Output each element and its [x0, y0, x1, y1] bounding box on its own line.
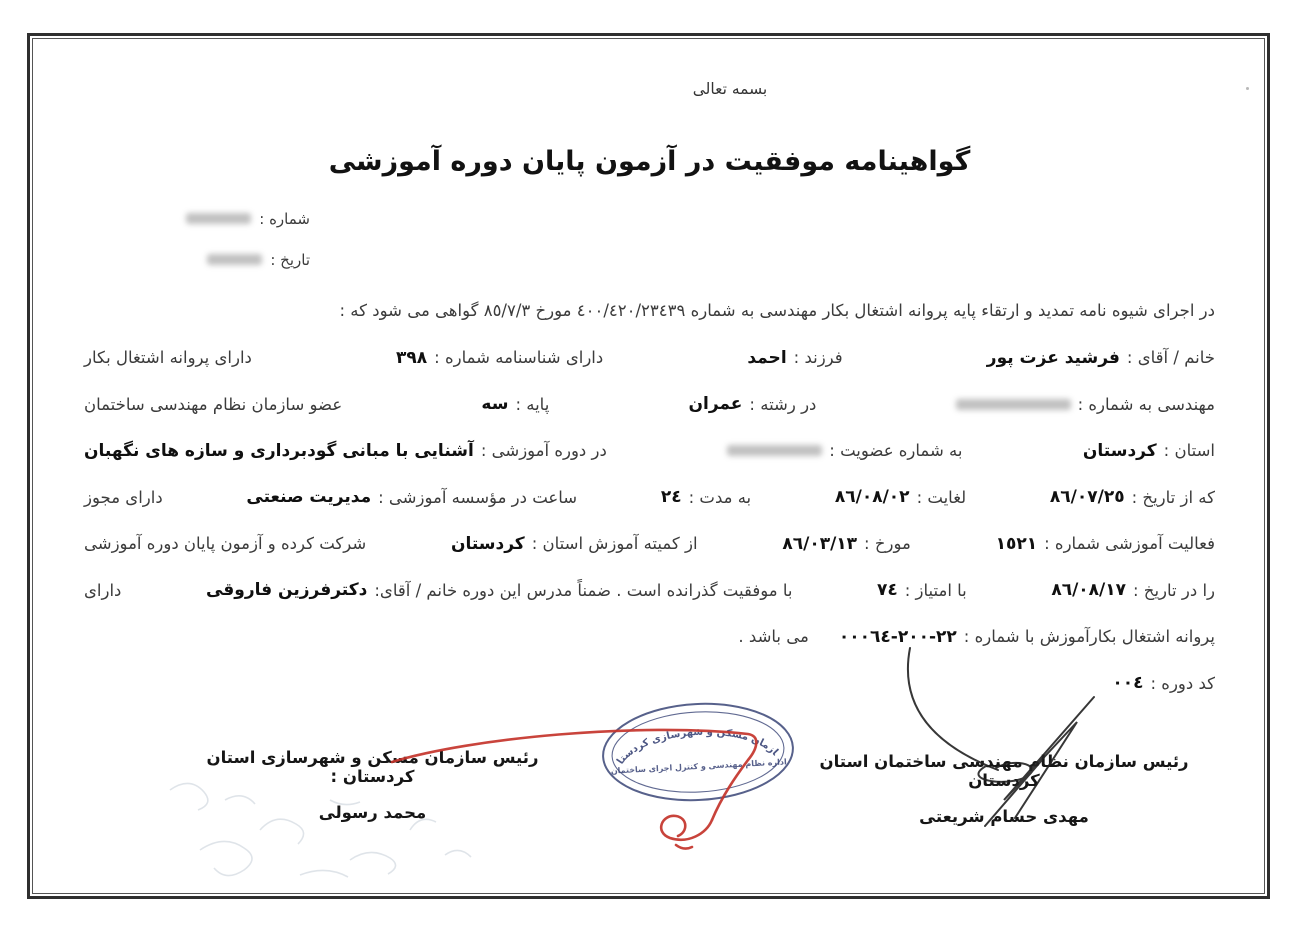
- instructor-tail-text: دارای: [84, 581, 121, 600]
- permit-intro-label: دارای مجوز: [84, 488, 163, 507]
- intro-line: در اجرای شیوه نامه تمدید و ارتقاء پایه پ…: [84, 288, 1215, 335]
- membership-field: به شماره عضویت :: [727, 441, 962, 460]
- institute-label: ساعت در مؤسسه آموزشی :: [378, 488, 577, 507]
- intro-pre: در اجرای شیوه نامه تمدید و ارتقاء پایه پ…: [691, 301, 1215, 320]
- committee-field: از کمیته آموزش استان : کردستان: [451, 534, 698, 554]
- grade-value: سه: [481, 394, 508, 414]
- meta-block: شماره : تاریخ :: [150, 198, 310, 280]
- to-date-field: لغایت : ٨٦/٠٨/٠٢: [835, 487, 966, 507]
- meta-number-row: شماره :: [150, 198, 310, 239]
- score-value: ٧٤: [877, 580, 898, 600]
- major-value: عمران: [689, 394, 743, 414]
- passed-text: با موفقیت گذرانده است . ضمناً مدرس این د…: [374, 581, 792, 600]
- signature-block-engineering-org: رئیس سازمان نظام مهندسی ساختمان استان کر…: [788, 752, 1220, 826]
- meta-date-row: تاریخ :: [150, 239, 310, 280]
- applicant-field: خانم / آقای : فرشید عزت پور: [987, 348, 1215, 368]
- institute-value: مدیریت صنعتی: [246, 487, 371, 507]
- number-label: شماره :: [259, 210, 310, 228]
- committee-province: کردستان: [451, 534, 525, 554]
- applicant-name: فرشید عزت پور: [987, 348, 1120, 368]
- grade-field: پایه : سه: [481, 394, 549, 414]
- row-course-code: کد دوره : ٠٠٤: [84, 660, 1215, 707]
- participated-label: شرکت کرده و آزمون پایان دوره آموزشی: [84, 534, 366, 553]
- applicant-label: خانم / آقای :: [1127, 348, 1215, 367]
- father-label: فرزند :: [794, 348, 843, 367]
- activity-date-field: مورخ : ٨٦/٠٣/١٣: [782, 534, 910, 554]
- from-date-value: ٨٦/٠٧/٢٥: [1050, 487, 1125, 507]
- row-result: را در تاریخ : ٨٦/٠٨/١٧ با امتیاز : ٧٤ با…: [84, 567, 1215, 614]
- from-date-field: که از تاریخ : ٨٦/٠٧/٢٥: [1050, 487, 1215, 507]
- intro-mid: مورخ: [536, 301, 572, 320]
- from-date-label: که از تاریخ :: [1132, 488, 1215, 507]
- member-label: عضو سازمان نظام مهندسی ساختمان: [84, 395, 342, 414]
- activity-date-label: مورخ :: [864, 534, 911, 553]
- official-stamp: سازمان مسکن و شهرسازی کردستان اداره نظام…: [595, 694, 800, 810]
- instructor-name: دکترفرزین فاروقی: [206, 580, 367, 600]
- exam-date-field: را در تاریخ : ٨٦/٠٨/١٧: [1051, 580, 1215, 600]
- is-text: می باشد .: [738, 627, 808, 646]
- teach-license-label: پروانه اشتغال بکارآموزش با شماره :: [964, 627, 1215, 646]
- is-label: می باشد .: [738, 627, 808, 646]
- duration-label: به مدت :: [689, 488, 752, 507]
- instructor-tail-label: دارای: [84, 581, 121, 600]
- membership-redacted: [727, 445, 822, 456]
- row-teach-license: پروانه اشتغال بکارآموزش با شماره : ٢٢-٢٠…: [84, 614, 1215, 661]
- row-engineering: مهندسی به شماره : در رشته : عمران پایه :…: [84, 381, 1215, 428]
- permit-intro-text: دارای مجوز: [84, 488, 163, 507]
- signature-title-right: رئیس سازمان نظام مهندسی ساختمان استان کر…: [788, 752, 1220, 790]
- to-date-label: لغایت :: [917, 488, 967, 507]
- activity-number: ١٥٢١: [996, 534, 1038, 554]
- passed-instructor-field: با موفقیت گذرانده است . ضمناً مدرس این د…: [206, 580, 793, 600]
- date-value-redacted: [207, 254, 262, 265]
- intro-post: گواهی می شود که :: [340, 301, 479, 320]
- signatory-name-left: محمد رسولی: [205, 803, 540, 822]
- stamp-bottom-text: اداره نظام مهندسی و کنترل اجرای ساختمان: [611, 757, 788, 775]
- duration-value: ٢٤: [661, 487, 682, 507]
- birthcert-field: دارای شناسنامه شماره : ٣٩٨: [396, 348, 603, 368]
- member-text: عضو سازمان نظام مهندسی ساختمان: [84, 395, 342, 414]
- committee-label: از کمیته آموزش استان :: [532, 534, 698, 553]
- to-date-value: ٨٦/٠٨/٠٢: [835, 487, 910, 507]
- activity-date-value: ٨٦/٠٣/١٣: [782, 534, 857, 554]
- exam-date-value: ٨٦/٠٨/١٧: [1051, 580, 1126, 600]
- province-field: استان : کردستان: [1083, 441, 1215, 461]
- row-personal: خانم / آقای : فرشید عزت پور فرزند : احمد…: [84, 335, 1215, 382]
- row-dates: که از تاریخ : ٨٦/٠٧/٢٥ لغایت : ٨٦/٠٨/٠٢ …: [84, 474, 1215, 521]
- father-name: احمد: [747, 348, 786, 368]
- date-label: تاریخ :: [270, 251, 310, 269]
- province-label: استان :: [1164, 441, 1215, 460]
- birthcert-number: ٣٩٨: [396, 348, 427, 368]
- major-field: در رشته : عمران: [689, 394, 817, 414]
- certificate-body: در اجرای شیوه نامه تمدید و ارتقاء پایه پ…: [84, 288, 1215, 707]
- major-label: در رشته :: [749, 395, 816, 414]
- eng-number-redacted: [956, 399, 1071, 410]
- course-code-label: کد دوره :: [1151, 674, 1216, 693]
- eng-number-field: مهندسی به شماره :: [956, 395, 1215, 414]
- duration-field: به مدت : ٢٤: [661, 487, 751, 507]
- signature-block-housing-org: رئیس سازمان مسکن و شهرسازی استان کردستان…: [205, 748, 540, 822]
- birthcert-label: دارای شناسنامه شماره :: [434, 348, 603, 367]
- participated-text: شرکت کرده و آزمون پایان دوره آموزشی: [84, 534, 366, 553]
- score-label: با امتیاز :: [905, 581, 967, 600]
- intro-license-number: ٤٠٠/٤٢٠/٢٣٤٣٩: [577, 301, 686, 320]
- number-value-redacted: [186, 213, 251, 224]
- course-code-value: ٠٠٤: [1112, 673, 1143, 693]
- bismillah-text: بسمه تعالی: [650, 80, 810, 98]
- course-code-field: کد دوره : ٠٠٤: [1112, 673, 1215, 693]
- stamp-svg: سازمان مسکن و شهرسازی کردستان اداره نظام…: [595, 694, 800, 810]
- license-intro-label: دارای پروانه اشتغال بکار: [84, 348, 252, 367]
- teach-license-field: پروانه اشتغال بکارآموزش با شماره : ٢٢-٢٠…: [839, 627, 1215, 647]
- course-name: آشنایی با مبانی گودبرداری و سازه های نگه…: [84, 441, 474, 461]
- exam-date-label: را در تاریخ :: [1133, 581, 1215, 600]
- course-label: در دوره آموزشی :: [481, 441, 607, 460]
- signatory-name-right: مهدی حسام شریعتی: [788, 807, 1220, 826]
- father-field: فرزند : احمد: [747, 348, 842, 368]
- row-province-course: استان : کردستان به شماره عضویت : در دوره…: [84, 428, 1215, 475]
- activity-label: فعالیت آموزشی شماره :: [1044, 534, 1215, 553]
- score-field: با امتیاز : ٧٤: [877, 580, 967, 600]
- teach-license-number: ٢٢-٢٠٠-٠٠٠٦٤: [839, 627, 957, 647]
- scan-artifact-dot: [1246, 87, 1249, 90]
- grade-label: پایه :: [515, 395, 549, 414]
- eng-number-label: مهندسی به شماره :: [1078, 395, 1215, 414]
- intro-date: ٨٥/٧/٣: [484, 301, 531, 320]
- membership-label: به شماره عضویت :: [829, 441, 962, 460]
- activity-field: فعالیت آموزشی شماره : ١٥٢١: [996, 534, 1215, 554]
- institute-field: ساعت در مؤسسه آموزشی : مدیریت صنعتی: [246, 487, 577, 507]
- row-activity: فعالیت آموزشی شماره : ١٥٢١ مورخ : ٨٦/٠٣/…: [84, 521, 1215, 568]
- course-field: در دوره آموزشی : آشنایی با مبانی گودبردا…: [84, 441, 607, 461]
- province-value: کردستان: [1083, 441, 1157, 461]
- signature-title-left: رئیس سازمان مسکن و شهرسازی استان کردستان…: [205, 748, 540, 786]
- license-intro-text: دارای پروانه اشتغال بکار: [84, 348, 252, 367]
- certificate-page: بسمه تعالی گواهینامه موفقیت در آزمون پای…: [0, 0, 1299, 939]
- certificate-title: گواهینامه موفقیت در آزمون پایان دوره آمو…: [0, 146, 1299, 177]
